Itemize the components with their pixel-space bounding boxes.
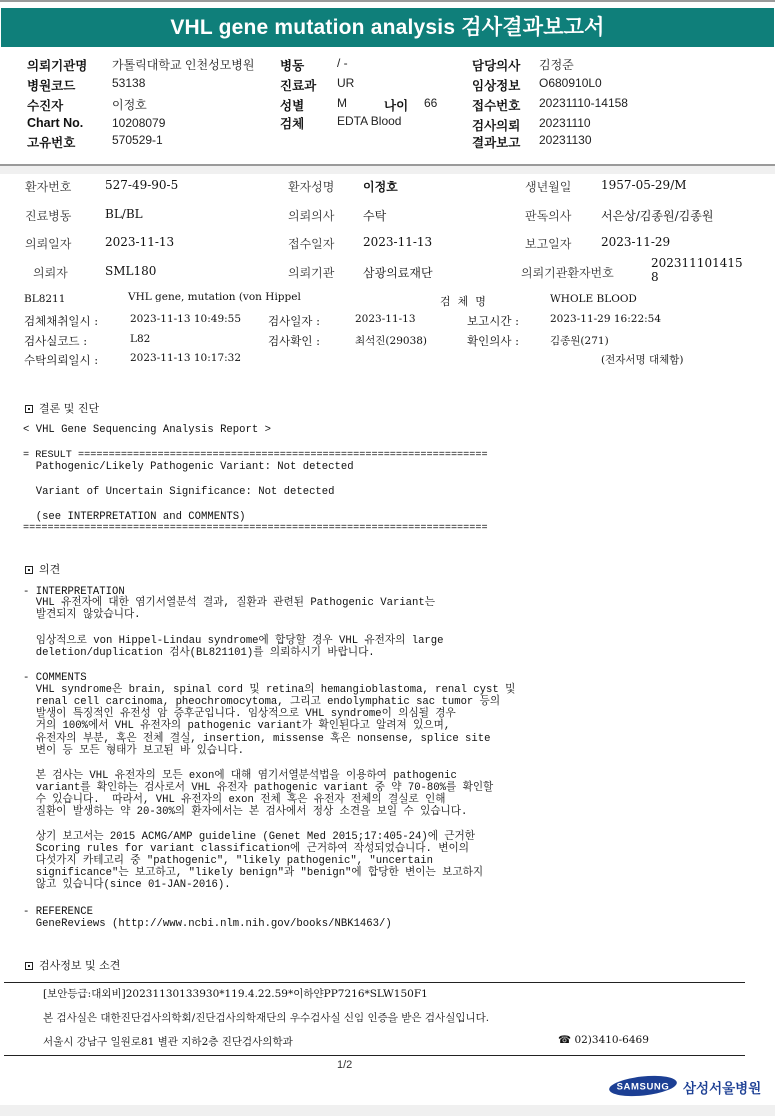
square-bullet-icon bbox=[25, 566, 33, 574]
comments-line: 않고 있습니다(since 01-JAN-2016). bbox=[23, 880, 231, 892]
label-specimen: 검체 bbox=[280, 114, 304, 132]
result-end-line: ========================================… bbox=[23, 523, 488, 535]
report-subtitle: < VHL Gene Sequencing Analysis Report > bbox=[23, 425, 271, 437]
info-heading: 검사정보 및 소견 bbox=[25, 957, 120, 973]
comments-line: 유전자의 부분, 혹은 전체 결실, insertion, missense 혹… bbox=[23, 734, 491, 746]
value-requesting-doctor: 수탁 bbox=[363, 207, 386, 224]
comments-line: 다섯가지 카테고리 중 "pathogenic", "likely pathog… bbox=[23, 856, 433, 868]
value-sex: M bbox=[337, 96, 347, 110]
security-line: [보안등급:대외비]20231130133930*119.4.22.59*이하얀… bbox=[43, 986, 428, 1001]
comments-line: 거의 100%에서 VHL 유전자의 pathogenic variant가 확… bbox=[23, 721, 450, 733]
label-clinical-info: 임상정보 bbox=[472, 76, 520, 94]
certification-line: 본 검사실은 대한진단검사의학회/진단검사의학재단의 우수검사실 신임 인증을 … bbox=[43, 1010, 489, 1025]
square-bullet-icon bbox=[25, 962, 33, 970]
comments-line: Scoring rules for variant classification… bbox=[23, 844, 469, 856]
label-agency-patient-no: 의뢰기관환자번호 bbox=[521, 264, 614, 281]
label-requesting-institution: 의뢰기관명 bbox=[27, 56, 87, 74]
comments-line: VHL syndrome은 brain, spinal cord 및 retin… bbox=[23, 685, 515, 697]
conclusion-heading: 결론 및 진단 bbox=[25, 400, 99, 416]
label-ward: 병동 bbox=[280, 56, 304, 74]
value-agency-patient-no-cont: 8 bbox=[651, 270, 659, 284]
value-patient-name: 이정호 bbox=[363, 178, 398, 195]
result-header-line: = RESULT ===============================… bbox=[23, 450, 488, 462]
value-reading-doctor: 서은상/김종원/김종원 bbox=[601, 207, 713, 224]
label-confirm-doctor: 확인의사 : bbox=[467, 333, 519, 349]
comments-line: significance"는 보고하고, "likely benign"과 "b… bbox=[23, 868, 483, 880]
label-test-confirm: 검사확인 : bbox=[268, 333, 320, 349]
label-patient-no: 환자번호 bbox=[25, 178, 71, 195]
value-consign-time: 2023-11-13 10:17:32 bbox=[130, 352, 241, 364]
label-receipt-date: 접수일자 bbox=[288, 235, 334, 252]
square-bullet-icon bbox=[25, 405, 33, 413]
value-requester: SML180 bbox=[105, 264, 156, 278]
value-specimen-name: WHOLE BLOOD bbox=[550, 293, 637, 305]
label-request-date: 의뢰일자 bbox=[25, 235, 71, 252]
comments-line: 상기 보고서는 2015 ACMG/AMP guideline (Genet M… bbox=[23, 832, 475, 844]
label-attending-doctor: 담당의사 bbox=[472, 56, 520, 74]
hospital-name: 삼성서울병원 bbox=[683, 1077, 761, 1097]
label-lab-code: 검사실코드 : bbox=[24, 333, 87, 349]
comments-line: variant를 확인하는 검사로서 VHL 유전자 pathogenic va… bbox=[23, 783, 493, 795]
value-report-time: 2023-11-29 16:22:54 bbox=[550, 313, 661, 325]
comments-line: 본 검사는 VHL 유전자의 모든 exon에 대해 염기서열분석법을 이용하여… bbox=[23, 771, 457, 783]
value-chart-no: 10208079 bbox=[112, 116, 165, 130]
value-request-date: 2023-11-13 bbox=[105, 235, 174, 249]
label-unique-no: 고유번호 bbox=[27, 133, 75, 151]
phone: ☎ 02)3410-6469 bbox=[558, 1034, 649, 1046]
bottom-shade bbox=[0, 1105, 775, 1116]
value-test-date: 2023-11-13 bbox=[355, 313, 416, 325]
samsung-logo-icon: SAMSUNG bbox=[608, 1075, 678, 1097]
label-receipt-no: 접수번호 bbox=[472, 96, 520, 114]
value-test-request: 20231110 bbox=[539, 116, 591, 130]
address-line: 서울시 강남구 일원로81 별관 지하2층 진단검사의학과 bbox=[43, 1034, 293, 1049]
label-requester: 의뢰자 bbox=[33, 264, 68, 281]
value-hospital-code: 53138 bbox=[112, 76, 145, 90]
value-age: 66 bbox=[424, 96, 437, 110]
phone-number: 02)3410-6469 bbox=[574, 1034, 648, 1046]
comments-line: 질환이 발생하는 약 20-30%의 환자에서는 본 검사에서 정상 소견을 보… bbox=[23, 807, 467, 819]
footer-divider bbox=[4, 1055, 745, 1056]
value-test-confirm: 최석진(29038) bbox=[355, 333, 427, 348]
value-report-date: 2023-11-29 bbox=[601, 235, 670, 249]
value-specimen: EDTA Blood bbox=[337, 114, 401, 128]
value-result-report: 20231130 bbox=[539, 133, 592, 147]
reference-title: - REFERENCE bbox=[23, 907, 93, 919]
svg-text:SAMSUNG: SAMSUNG bbox=[617, 1082, 670, 1093]
label-birthdate: 생년월일 bbox=[525, 178, 571, 195]
label-chart-no: Chart No. bbox=[27, 116, 83, 130]
conclusion-heading-text: 결론 및 진단 bbox=[39, 402, 99, 415]
label-department: 진료과 bbox=[280, 76, 316, 94]
label-reading-doctor: 판독의사 bbox=[525, 207, 571, 224]
report-title: VHL gene mutation analysis 검사결과보고서 bbox=[1, 8, 774, 47]
label-report-date: 보고일자 bbox=[525, 235, 571, 252]
label-patient-name: 환자성명 bbox=[288, 178, 334, 195]
test-name: VHL gene, mutation (von Hippel bbox=[128, 291, 301, 303]
value-department: UR bbox=[337, 76, 354, 90]
interpretation-line: 임상적으로 von Hippel-Lindau syndrome에 합당할 경우… bbox=[23, 636, 444, 648]
info-divider bbox=[4, 982, 745, 983]
value-unique-no: 570529-1 bbox=[112, 133, 163, 147]
label-consign-time: 수탁의뢰일시 : bbox=[24, 352, 98, 368]
test-code: BL8211 bbox=[24, 293, 65, 305]
result-line-3: Variant of Uncertain Significance: Not d… bbox=[23, 487, 335, 499]
interpretation-line: 발견되지 않았습니다. bbox=[23, 610, 141, 622]
comments-line: 수 있습니다. 따라서, VHL 유전자의 exon 전체 혹은 유전자 전체의… bbox=[23, 795, 446, 807]
value-birthdate: 1957-05-29/M bbox=[601, 178, 687, 192]
value-ward: BL/BL bbox=[105, 207, 143, 221]
reference-link[interactable]: GeneReviews (http://www.ncbi.nlm.nih.gov… bbox=[23, 919, 392, 931]
label-test-date: 검사일자 : bbox=[268, 313, 320, 329]
info-heading-text: 검사정보 및 소견 bbox=[39, 959, 120, 972]
label-report-time: 보고시간 : bbox=[467, 313, 519, 329]
interpretation-line: deletion/duplication 검사(BL821101)를 의뢰하시기… bbox=[23, 648, 375, 660]
phone-icon: ☎ bbox=[558, 1034, 571, 1046]
comments-title: - COMMENTS bbox=[23, 673, 87, 685]
label-examinee: 수진자 bbox=[27, 96, 63, 114]
label-hospital-code: 병원코드 bbox=[27, 76, 75, 94]
comments-line: 변이 등 모든 형태가 보고된 바 있습니다. bbox=[23, 746, 244, 758]
opinion-heading: 의견 bbox=[25, 561, 60, 577]
value-receipt-date: 2023-11-13 bbox=[363, 235, 432, 249]
label-requesting-doctor: 의뢰의사 bbox=[288, 207, 334, 224]
result-line-5: (see INTERPRETATION and COMMENTS) bbox=[23, 512, 246, 524]
comments-line: 발생이 특징적인 유전성 암 증후군입니다. 임상적으로 VHL syndrom… bbox=[23, 709, 456, 721]
value-requesting-institution: 가톨릭대학교 인천성모병원 bbox=[112, 56, 254, 73]
value-requesting-agency: 삼광의료재단 bbox=[363, 264, 433, 281]
interpretation-line: VHL 유전자에 대한 염기서열분석 결과, 질환과 관련된 Pathogeni… bbox=[23, 598, 435, 610]
value-confirm-doctor: 김종원(271) bbox=[550, 333, 609, 348]
label-age: 나이 bbox=[384, 96, 408, 114]
label-collection-time: 검체채취일시 : bbox=[24, 313, 98, 329]
header-shade bbox=[0, 166, 775, 174]
esign-note: (전자서명 대체함) bbox=[601, 352, 684, 367]
result-line-1: Pathogenic/Likely Pathogenic Variant: No… bbox=[23, 462, 354, 474]
comments-line: renal cell carcinoma, pheochromocytoma, … bbox=[23, 697, 500, 709]
page-number: 1/2 bbox=[337, 1059, 352, 1071]
label-ward: 진료병동 bbox=[25, 207, 71, 224]
label-test-request: 검사의뢰 bbox=[472, 116, 520, 134]
label-specimen-name: 검 체 명 bbox=[440, 293, 486, 309]
label-sex: 성별 bbox=[280, 96, 304, 114]
value-agency-patient-no: 202311101415 bbox=[651, 256, 743, 270]
opinion-heading-text: 의견 bbox=[39, 563, 60, 576]
value-lab-code: L82 bbox=[130, 333, 150, 345]
value-collection-time: 2023-11-13 10:49:55 bbox=[130, 313, 241, 325]
label-result-report: 결과보고 bbox=[472, 133, 520, 151]
value-attending-doctor: 김정준 bbox=[539, 56, 574, 73]
value-patient-no: 527-49-90-5 bbox=[105, 178, 178, 192]
label-requesting-agency: 의뢰기관 bbox=[288, 264, 334, 281]
top-border bbox=[0, 0, 775, 2]
value-ward: / - bbox=[337, 56, 348, 70]
value-examinee: 이정호 bbox=[112, 96, 147, 113]
value-receipt-no: 20231110-14158 bbox=[539, 96, 628, 110]
value-clinical-info: O680910L0 bbox=[539, 76, 602, 90]
